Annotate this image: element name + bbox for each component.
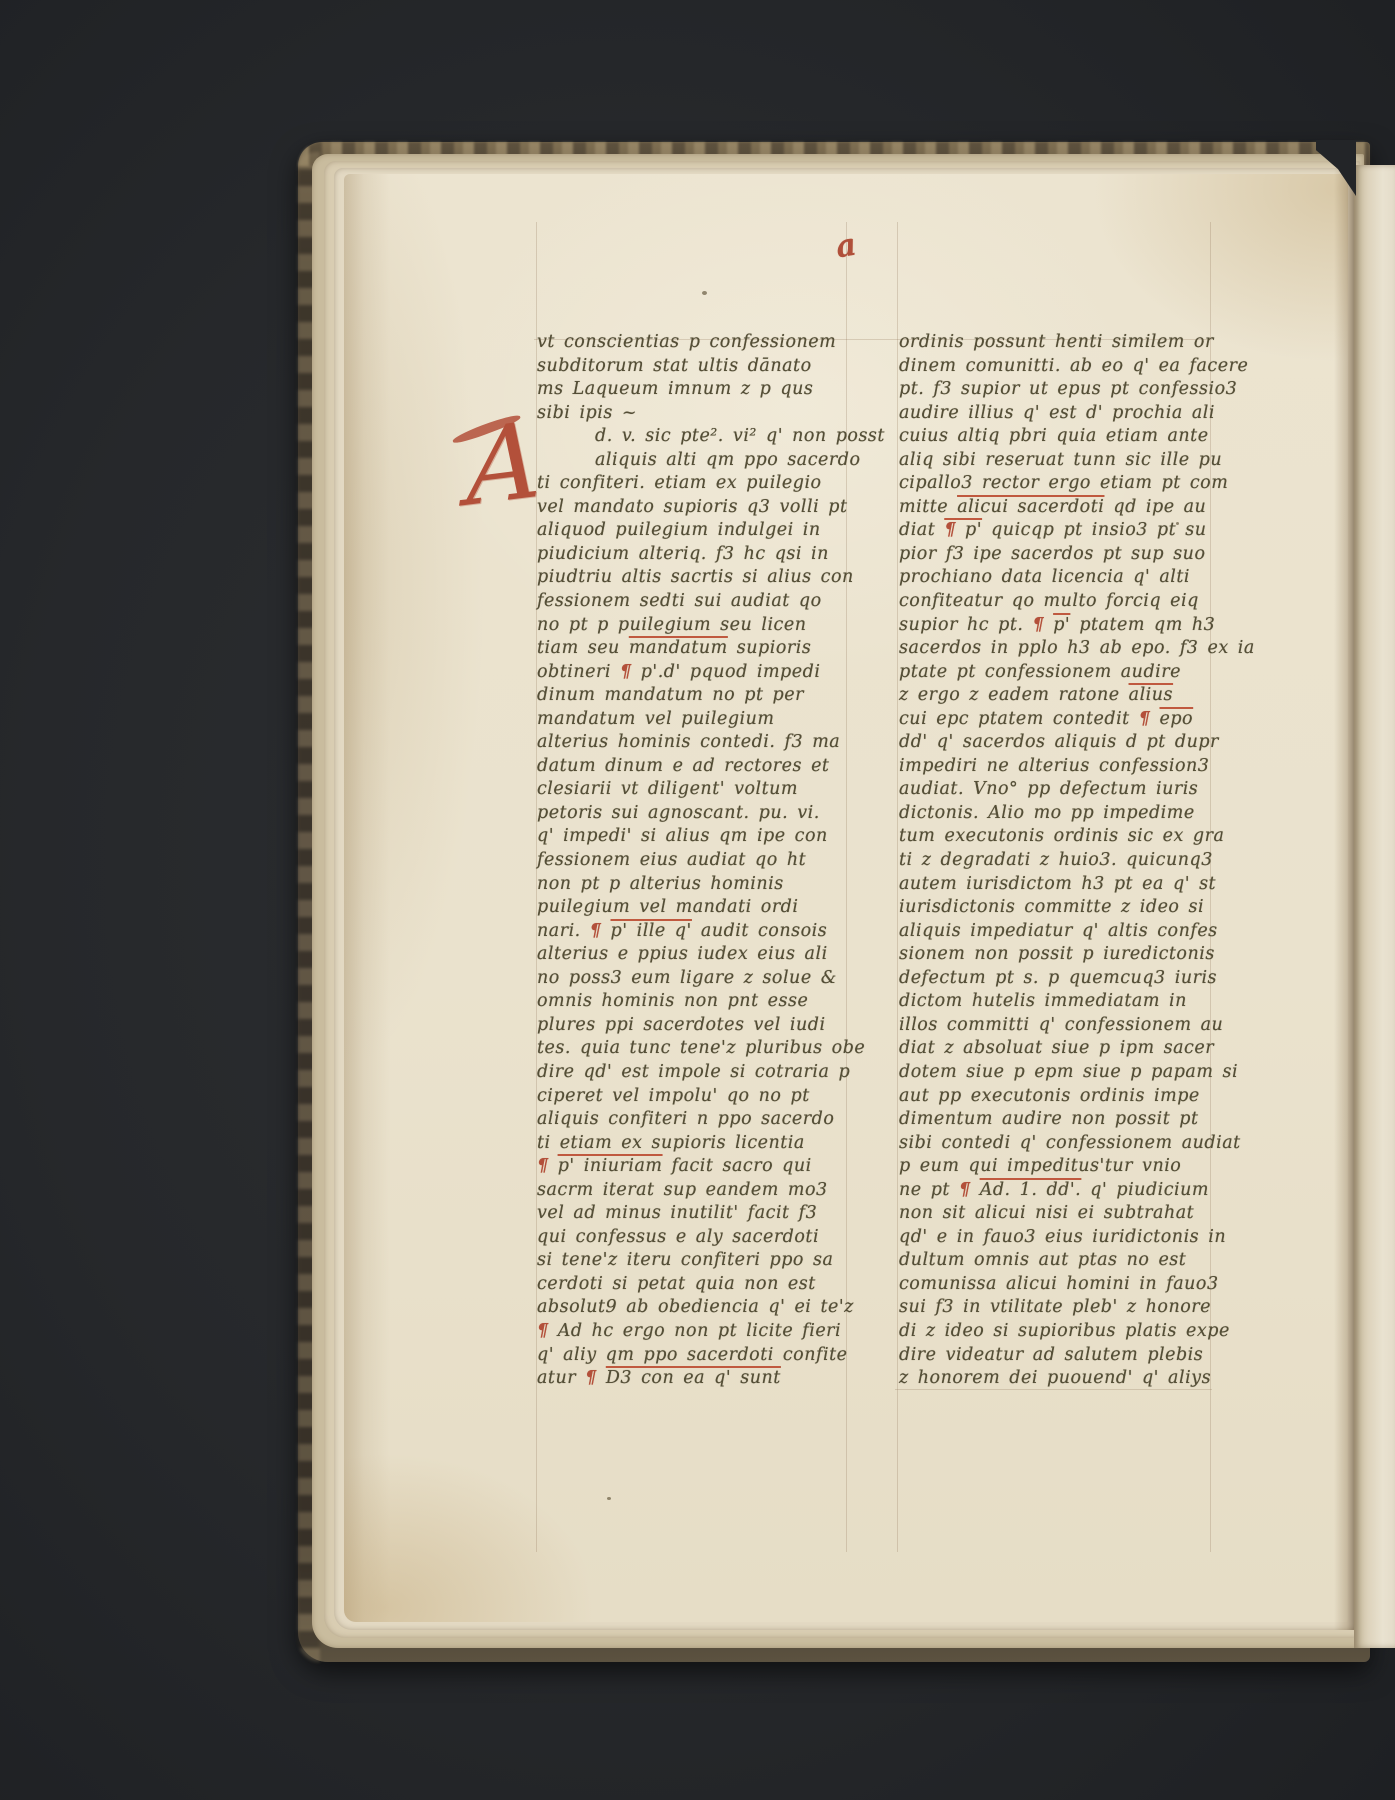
- manuscript-line: dire qd' est impole si cotraria p: [537, 1061, 849, 1085]
- manuscript-line: comunissa alicui homini in fauo3: [899, 1273, 1217, 1297]
- manuscript-line: pior f3 ipe sacerdos pt sup suo: [899, 543, 1217, 567]
- manuscript-line: tes. quia tunc tene'z pluribus obe: [537, 1037, 849, 1061]
- manuscript-line: aliq sibi reseruat tunn sic ille pu: [899, 449, 1217, 473]
- manuscript-line: ms Laqueum imnum z p qus: [537, 378, 849, 402]
- manuscript-line: dictom hutelis immediatam in: [899, 990, 1217, 1014]
- manuscript-line: di z ideo si supioribus platis expe: [899, 1320, 1217, 1344]
- manuscript-line: dictonis. Alio mo pp impedime: [899, 802, 1217, 826]
- manuscript-line: cerdoti si petat quia non est: [537, 1273, 849, 1297]
- manuscript-line: ti z degradati z huio3. quicunq3: [899, 849, 1217, 873]
- manuscript-line: q' aliy qm ppo sacerdoti confite: [537, 1344, 849, 1368]
- manuscript-line: dd' q' sacerdos aliquis d pt dupr: [899, 731, 1217, 755]
- manuscript-line: cui epc ptatem contedit ¶ epo: [899, 708, 1217, 732]
- manuscript-line: fessionem sedti sui audiat qo: [537, 590, 849, 614]
- rubric-initial-letter: A: [465, 409, 541, 519]
- manuscript-line: fessionem eius audiat qo ht: [537, 849, 849, 873]
- manuscript-line: autem iurisdictom h3 pt ea q' st: [899, 873, 1217, 897]
- manuscript-line: tiam seu mandatum supioris: [537, 637, 849, 661]
- manuscript-line: alterius e ppius iudex eius ali: [537, 943, 849, 967]
- manuscript-line: d. v. sic pte². vi² q' non posst: [537, 425, 849, 449]
- manuscript-line: subditorum stat ultis dānato: [537, 355, 849, 379]
- manuscript-line: cipallo3 rector ergo etiam pt com: [899, 472, 1217, 496]
- manuscript-line: vt conscientias p confessionem: [537, 331, 849, 355]
- manuscript-line: ti etiam ex supioris licentia: [537, 1132, 849, 1156]
- manuscript-line: aliquis alti qm ppo sacerdo: [537, 449, 849, 473]
- manuscript-line: non sit alicui nisi ei subtrahat: [899, 1202, 1217, 1226]
- manuscript-line: piudicium alteriq. f3 hc qsi in: [537, 543, 849, 567]
- facing-page-edge: [1354, 165, 1395, 1648]
- manuscript-line: dire videatur ad salutem plebis: [899, 1344, 1217, 1368]
- manuscript-line: q' impedi' si alius qm ipe con: [537, 825, 849, 849]
- page-speck: [607, 1497, 611, 1500]
- manuscript-line: piudtriu altis sacrtis si alius con: [537, 566, 849, 590]
- manuscript-line: ptate pt confessionem audire: [899, 661, 1217, 685]
- manuscript-line: cuius altiq pbri quia etiam ante: [899, 425, 1217, 449]
- text-column-right: ordinis possunt henti similem ordinem co…: [899, 331, 1217, 1391]
- manuscript-line: vel mandato supioris q3 volli pt: [537, 496, 849, 520]
- manuscript-line: clesiarii vt diligent' voltum: [537, 778, 849, 802]
- manuscript-line: aliquis impediatur q' altis confes: [899, 920, 1217, 944]
- manuscript-line: audiat. Vno° pp defectum iuris: [899, 778, 1217, 802]
- manuscript-line: dinem comunitti. ab eo q' ea facere: [899, 355, 1217, 379]
- manuscript-line: sionem non possit p iuredictonis: [899, 943, 1217, 967]
- manuscript-line: atur ¶ D3 con ea q' sunt: [537, 1367, 849, 1391]
- manuscript-line: plures ppi sacerdotes vel iudi: [537, 1014, 849, 1038]
- manuscript-line: impediri ne alterius confession3: [899, 755, 1217, 779]
- manuscript-line: ti confiteri. etiam ex puilegio: [537, 472, 849, 496]
- manuscript-line: puilegium vel mandati ordi: [537, 896, 849, 920]
- manuscript-line: defectum pt s. p quemcuq3 iuris: [899, 967, 1217, 991]
- manuscript-line: illos committi q' confessionem au: [899, 1014, 1217, 1038]
- manuscript-line: si tene'z iteru confiteri ppo sa: [537, 1249, 849, 1273]
- manuscript-line: petoris sui agnoscant. pu. vi.: [537, 802, 849, 826]
- manuscript-line: ordinis possunt henti similem or: [899, 331, 1217, 355]
- manuscript-line: obtineri ¶ p'.d' pquod impedi: [537, 661, 849, 685]
- manuscript-line: aliquis confiteri n ppo sacerdo: [537, 1108, 849, 1132]
- manuscript-line: diat z absoluat siue p ipm sacer: [899, 1037, 1217, 1061]
- manuscript-line: non pt p alterius hominis: [537, 873, 849, 897]
- manuscript-line: sibi contedi q' confessionem audiat: [899, 1132, 1217, 1156]
- manuscript-line: dultum omnis aut ptas no est: [899, 1249, 1217, 1273]
- manuscript-line: p eum qui impeditus'tur vnio: [899, 1155, 1217, 1179]
- manuscript-line: qd' e in fauo3 eius iuridictonis in: [899, 1226, 1217, 1250]
- manuscript-line: ciperet vel impolu' qo no pt: [537, 1085, 849, 1109]
- manuscript-line: datum dinum e ad rectores et: [537, 755, 849, 779]
- page-speck: [702, 291, 707, 295]
- manuscript-line: dimentum audire non possit pt: [899, 1108, 1217, 1132]
- manuscript-line: ¶ p' iniuriam facit sacro qui: [537, 1155, 849, 1179]
- manuscript-line: vel ad minus inutilit' facit f3: [537, 1202, 849, 1226]
- manuscript-line: omnis hominis non pnt esse: [537, 990, 849, 1014]
- manuscript-line: tum executonis ordinis sic ex gra: [899, 825, 1217, 849]
- manuscript-line: prochiano data licencia q' alti: [899, 566, 1217, 590]
- manuscript-line: sibi ipis ~: [537, 402, 849, 426]
- manuscript-line: sacerdos in pplo h3 ab epo. f3 ex ia: [899, 637, 1217, 661]
- text-column-left: vt conscientias p confessionemsubditorum…: [537, 331, 849, 1391]
- manuscript-line: alterius hominis contedi. f3 ma: [537, 731, 849, 755]
- manuscript-line: no pt p puilegium seu licen: [537, 614, 849, 638]
- manuscript-line: dinum mandatum no pt per: [537, 684, 849, 708]
- manuscript-line: mandatum vel puilegium: [537, 708, 849, 732]
- manuscript-line: no poss3 eum ligare z solue &: [537, 967, 849, 991]
- manuscript-line: nari. ¶ p' ille q' audit consois: [537, 920, 849, 944]
- ruling-line: [897, 222, 898, 1552]
- manuscript-line: aut pp executonis ordinis impe: [899, 1085, 1217, 1109]
- manuscript-line: aliquod puilegium indulgei in: [537, 519, 849, 543]
- manuscript-line: z honorem dei puouend' q' aliys: [899, 1367, 1217, 1391]
- manuscript-line: supior hc pt. ¶ p' ptatem qm h3: [899, 614, 1217, 638]
- manuscript-line: ¶ Ad hc ergo non pt licite fieri: [537, 1320, 849, 1344]
- photo-backdrop: a A vt conscientias p confessionemsubdit…: [0, 0, 1395, 1800]
- manuscript-line: qui confessus e aly sacerdoti: [537, 1226, 849, 1250]
- manuscript-line: dotem siue p epm siue p papam si: [899, 1061, 1217, 1085]
- manuscript-line: iurisdictonis committe z ideo si: [899, 896, 1217, 920]
- manuscript-line: mitte alicui sacerdoti qd ipe au: [899, 496, 1217, 520]
- manuscript-line: pt. f3 supior ut epus pt confessio3: [899, 378, 1217, 402]
- manuscript-line: z ergo z eadem ratone alius: [899, 684, 1217, 708]
- manuscript-line: sui f3 in vtilitate pleb' z honore: [899, 1296, 1217, 1320]
- manuscript-line: audire illius q' est d' prochia ali: [899, 402, 1217, 426]
- manuscript-line: diat ¶ p' quicqp pt insio3 pt su: [899, 519, 1217, 543]
- manuscript-line: confiteatur qo multo forciq eiq: [899, 590, 1217, 614]
- manuscript-line: ne pt ¶ Ad. 1. dd'. q' piudicium: [899, 1179, 1217, 1203]
- page-speck: [1176, 522, 1179, 525]
- manuscript-line: absolut9 ab obediencia q' ei te'z: [537, 1296, 849, 1320]
- manuscript-line: sacrm iterat sup eandem mo3: [537, 1179, 849, 1203]
